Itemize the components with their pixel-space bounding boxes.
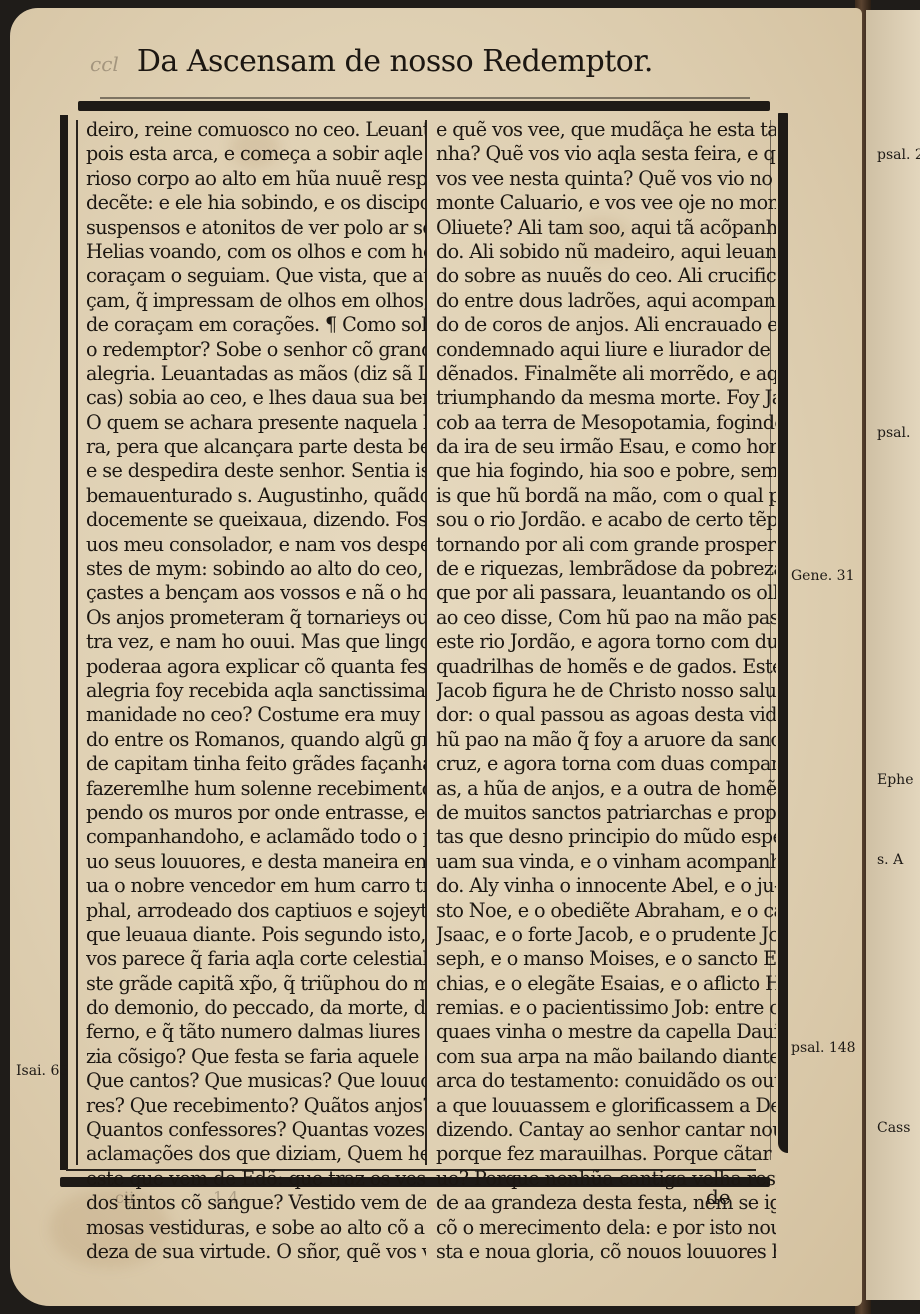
text-line: que hia fogindo, hia soo e pobre, sem ma…: [436, 459, 776, 483]
text-line: de coraçam em corações. ¶ Como sobio: [86, 313, 426, 337]
text-line: que por ali passara, leuantando os olhos: [436, 581, 776, 605]
marginal-note: Isai. 63: [16, 1063, 68, 1079]
text-line: do de coros de anjos. Ali encrauado e: [436, 313, 776, 337]
text-line: nha? Quẽ vos vio aqla sesta feira, e quẽ: [436, 142, 776, 166]
text-line: alegria foy recebida aqla sanctissima hu…: [86, 679, 426, 703]
running-head-title: Da Ascensam de nosso Redemptor.: [137, 44, 653, 79]
text-line: uam sua vinda, e o vinham acompanhã-: [436, 850, 776, 874]
text-line: coraçam o seguiam. Que vista, que aten-: [86, 264, 426, 288]
text-line: bemauenturado s. Augustinho, quãdo tã: [86, 484, 426, 508]
text-line: chias, e o elegãte Esaias, e o aflicto H…: [436, 972, 776, 996]
text-line: de e riquezas, lembrãdose da pobreza cõ: [436, 557, 776, 581]
signature-ghost: 1 4: [213, 1188, 238, 1207]
text-line: poderaa agora explicar cõ quanta festa e: [86, 655, 426, 679]
text-line: manidade no ceo? Costume era muy vsa: [86, 703, 426, 727]
text-line: este rio Jordão, e agora torno com duas: [436, 630, 776, 654]
text-line: ferno, e q̃ tãto numero dalmas liures tr…: [86, 1020, 426, 1044]
text-line: seph, e o manso Moises, e o sancto Eze: [436, 947, 776, 971]
text-line: aclamações dos que diziam, Quem he: [86, 1142, 426, 1166]
text-line: triumphando da mesma morte. Foy Ja: [436, 386, 776, 410]
text-line: sou o rio Jordão. e acabo de certo tẽpo,: [436, 508, 776, 532]
text-line: suspensos e atonitos de ver polo ar seu: [86, 216, 426, 240]
text-line: vos parece q̃ faria aqla corte celestial…: [86, 947, 426, 971]
text-line: a que louuassem e glorificassem a Deos,: [436, 1094, 776, 1118]
text-line: zia cõsigo? Que festa se faria aquele di…: [86, 1045, 426, 1069]
text-line: Oliuete? Ali tam soo, aqui tã acõpanha: [436, 216, 776, 240]
text-line: ao ceo disse, Com hũ pao na mão passey: [436, 606, 776, 630]
text-line: O quem se achara presente naquela ho-: [86, 411, 426, 435]
marginal-note: psal.: [877, 425, 910, 441]
text-line: hũ pao na mão q̃ foy a aruore da sancta: [436, 728, 776, 752]
left-border-bar: [60, 115, 68, 1170]
text-line: de capitam tinha feito grãdes façanhas,: [86, 752, 426, 776]
text-line: docemente se queixaua, dizendo. Fostes-: [86, 508, 426, 532]
text-line: Jsaac, e o forte Jacob, e o prudente Jo-: [436, 923, 776, 947]
text-line: tornando por ali com grande prosperida: [436, 533, 776, 557]
top-rule: [78, 101, 770, 111]
text-line: phal, arrodeado dos captiuos e sojeytos: [86, 899, 426, 923]
text-line: remias. e o pacientissimo Job: entre os: [436, 996, 776, 1020]
text-line: çastes a bençam aos vossos e nã o ho vi.: [86, 581, 426, 605]
text-line: pois esta arca, e começa a sobir aqle gl…: [86, 142, 426, 166]
text-line: condemnado aqui liure e liurador de cõ: [436, 338, 776, 362]
text-line: Quantos confessores? Quantas vozes e: [86, 1118, 426, 1142]
text-line: que leuaua diante. Pois segundo isto, q̃: [86, 923, 426, 947]
text-line: ste grãde capitã xp̃o, q̃ triũphou do mũ…: [86, 972, 426, 996]
left-border-line: [76, 120, 78, 1165]
text-line: do sobre as nuuẽs do ceo. Ali crucifica-: [436, 264, 776, 288]
marginal-note: psal. 148: [791, 1040, 856, 1056]
facing-page-edge: [866, 10, 920, 1300]
marginal-note: Cass: [877, 1120, 910, 1136]
text-line: alegria. Leuantadas as mãos (diz sã Lu: [86, 362, 426, 386]
text-line: dor: o qual passou as agoas desta vida c…: [436, 703, 776, 727]
text-line: o redemptor? Sobe o senhor cõ grande: [86, 338, 426, 362]
text-line: do entre os Romanos, quando algũ grã: [86, 728, 426, 752]
text-line: dos tintos cõ sangue? Vestido vem de fer: [86, 1191, 426, 1215]
text-line: stes de mym: sobindo ao alto do ceo, lan…: [86, 557, 426, 581]
text-line: uo seus louuores, e desta maneira entra-: [86, 850, 426, 874]
text-line: deiro, reine comuosco no ceo. Leuantase-: [86, 118, 426, 142]
text-line: do. Aly vinha o innocente Abel, e o ju-: [436, 874, 776, 898]
right-border-bar: [778, 113, 788, 1153]
text-line: decẽte: e ele hia sobindo, e os discipol…: [86, 191, 426, 215]
text-line: com sua arpa na mão bailando diante da: [436, 1045, 776, 1069]
signature-ghost: cii: [115, 1188, 134, 1207]
text-line: rioso corpo ao alto em hũa nuuẽ resplan: [86, 167, 426, 191]
text-line: uos meu consolador, e nam vos despedi: [86, 533, 426, 557]
text-line: porque fez marauilhas. Porque cãtar no: [436, 1142, 776, 1166]
text-line: Jacob figura he de Christo nosso salua-: [436, 679, 776, 703]
text-line: cob aa terra de Mesopotamia, fogindo: [436, 411, 776, 435]
text-line: quadrilhas de homẽs e de gados. Este: [436, 655, 776, 679]
text-line: e quẽ vos vee, que mudãça he esta tama: [436, 118, 776, 142]
text-line: e se despedira deste senhor. Sentia isto…: [86, 459, 426, 483]
top-rule-thin: [100, 97, 750, 99]
text-line: pendo os muros por onde entrasse, e a-: [86, 801, 426, 825]
text-line: do demonio, do peccado, da morte, do in: [86, 996, 426, 1020]
text-line: mosas vestiduras, e sobe ao alto cõ a gr…: [86, 1216, 426, 1240]
catchword: de: [706, 1185, 731, 1209]
text-line: do. Ali sobido nũ madeiro, aqui leuanta-: [436, 240, 776, 264]
text-line: monte Caluario, e vos vee oje no monte: [436, 191, 776, 215]
marginal-note: Ephe: [877, 772, 913, 788]
text-line: ra, pera que alcançara parte desta bençã: [86, 435, 426, 459]
text-line: ua o nobre vencedor em hum carro triũ-: [86, 874, 426, 898]
text-line: tra vez, e nam ho ouui. Mas que lingoa: [86, 630, 426, 654]
marginal-note: psal. 2: [877, 147, 920, 163]
text-line: este que vem de Edõ: que traz os vesti-: [86, 1167, 426, 1191]
text-line: Que cantos? Que musicas? Que louuo: [86, 1069, 426, 1093]
text-line: cõ o merecimento dela: e por isto noua f…: [436, 1216, 776, 1240]
text-line: Helias voando, com os olhos e com ho: [86, 240, 426, 264]
text-line: da ira de seu irmão Esau, e como homẽ: [436, 435, 776, 459]
folio-number-ghost: ccl: [90, 52, 119, 76]
text-line: as, a hũa de anjos, e a outra de homẽs. …: [436, 777, 776, 801]
text-line: is que hũ bordã na mão, com o qual pas-: [436, 484, 776, 508]
text-column-right: e quẽ vos vee, que mudãça he esta tamanh…: [436, 118, 776, 1264]
text-line: de muitos sanctos patriarchas e prophe: [436, 801, 776, 825]
text-line: companhandoho, e aclamãdo todo o po: [86, 825, 426, 849]
text-line: dizendo. Cantay ao senhor cantar nouo,: [436, 1118, 776, 1142]
marginal-note: Gene. 31: [791, 568, 855, 584]
text-line: çam, q̃ impressam de olhos em olhos, e: [86, 289, 426, 313]
text-line: tas que desno principio do mũdo espera-: [436, 825, 776, 849]
text-line: res? Que recebimento? Quãtos anjos?: [86, 1094, 426, 1118]
text-line: arca do testamento: conuidãdo os outros: [436, 1069, 776, 1093]
text-line: dẽnados. Finalmẽte ali morrẽdo, e aqui: [436, 362, 776, 386]
text-line: Os anjos prometeram q̃ tornarieys ou: [86, 606, 426, 630]
text-column-left: deiro, reine comuosco no ceo. Leuantase-…: [86, 118, 426, 1264]
text-line: do entre dous ladrões, aqui acompanha: [436, 289, 776, 313]
text-line: cruz, e agora torna com duas companhi: [436, 752, 776, 776]
text-line: fazeremlhe hum solenne recebimento, rõ-: [86, 777, 426, 801]
running-head: ccl Da Ascensam de nosso Redemptor.: [90, 44, 790, 84]
text-line: quaes vinha o mestre da capella Dauid: [436, 1020, 776, 1044]
text-line: sto Noe, e o obediẽte Abraham, e o casto: [436, 899, 776, 923]
text-line: cas) sobia ao ceo, e lhes daua sua bençã…: [86, 386, 426, 410]
text-line: sta e noua gloria, cõ nouos louuores ha: [436, 1240, 776, 1264]
marginal-note: s. A: [877, 852, 903, 868]
text-line: vos vee nesta quinta? Quẽ vos vio no: [436, 167, 776, 191]
text-line: deza de sua virtude. O sñor, quẽ vos vio: [86, 1240, 426, 1264]
